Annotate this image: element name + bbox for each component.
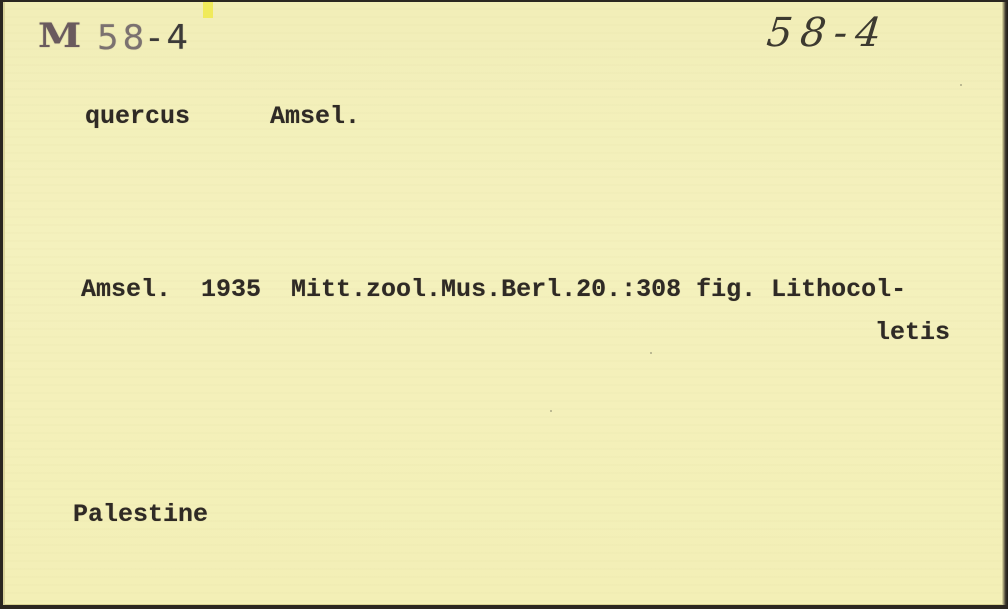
stamp-number-suffix: -4 [148, 18, 194, 58]
yellow-highlight-mark [203, 2, 213, 18]
paper-speck [550, 410, 552, 412]
paper-speck [650, 352, 652, 354]
paper-speck [960, 84, 962, 86]
stamp-number: 58-4 [97, 18, 194, 58]
species-author: Amsel. [270, 102, 360, 131]
locality: Palestine [73, 500, 208, 529]
reference-line-2: letis [875, 318, 950, 347]
species-name: quercus [85, 102, 190, 131]
stamp-number-main: 58 [97, 18, 148, 58]
index-card: M 58-4 58-4 quercus Amsel. Amsel. 1935 M… [3, 2, 1005, 605]
stamp-letter: M [38, 16, 81, 56]
handwritten-catalog-number: 58-4 [765, 10, 892, 56]
reference-line-1: Amsel. 1935 Mitt.zool.Mus.Berl.20.:308 f… [81, 275, 906, 304]
card-edge-shadow [1002, 2, 1008, 605]
